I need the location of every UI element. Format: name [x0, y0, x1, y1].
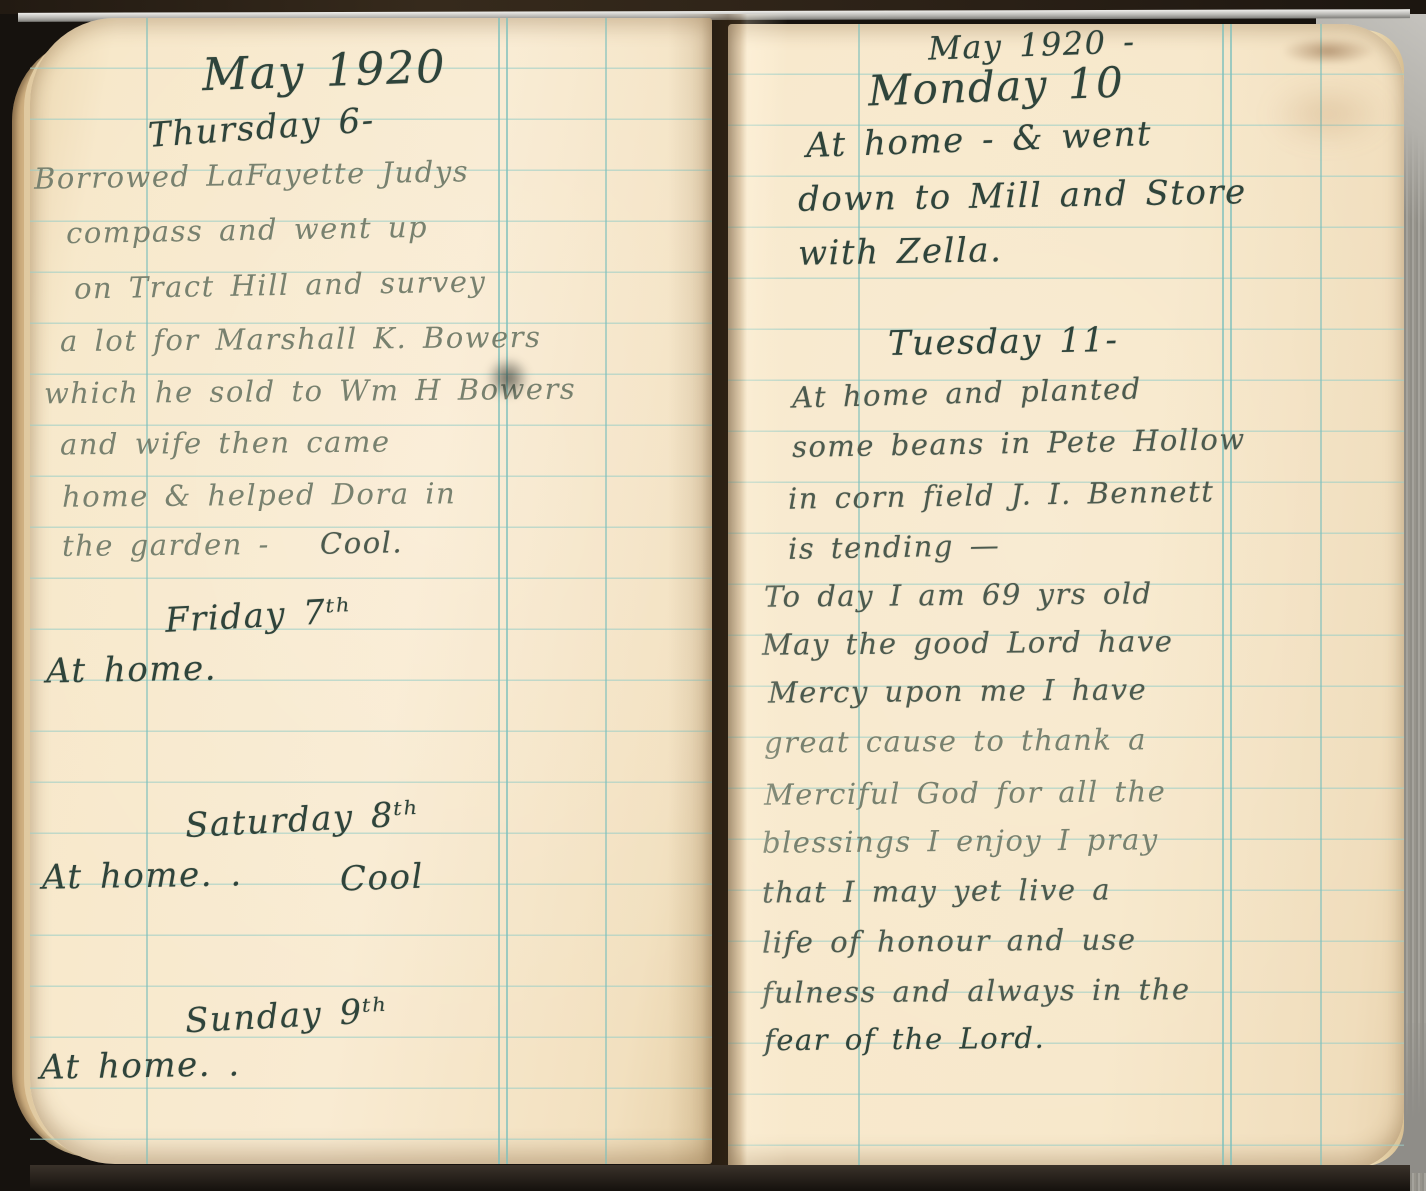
diary-line: fulness and always in the [762, 972, 1191, 1010]
diary-line: life of honour and use [762, 922, 1137, 959]
diary-line: At home and planted [792, 371, 1143, 414]
ruled-column-line [1320, 24, 1322, 1170]
diary-line: with Zella. [798, 230, 1003, 274]
diary-line: Cool. [320, 525, 404, 560]
month-header: May 1920 [201, 40, 447, 101]
diary-line: is tending — [788, 528, 1001, 566]
diary-line: Cool [339, 857, 424, 900]
diary-line: At home. . [42, 854, 243, 897]
day-header: Thursday 6- [147, 100, 376, 156]
day-header: Sunday 9ᵗʰ [184, 991, 390, 1042]
diary-line: a lot for Marshall K. Bowers [60, 320, 542, 358]
ink-smudge [1284, 38, 1372, 64]
diary-line: great cause to thank a [764, 722, 1147, 759]
diary-line: fear of the Lord. [764, 1021, 1046, 1057]
diary-line: At home. . [40, 1044, 241, 1087]
diary-line: May the good Lord have [762, 624, 1174, 662]
day-header: Tuesday 11- [888, 320, 1119, 364]
ruled-column-line [605, 18, 607, 1164]
diary-line: Mercy upon me I have [768, 672, 1148, 709]
paper-stain [1268, 84, 1388, 144]
day-header: Friday 7ᵗʰ [164, 591, 353, 641]
diary-scan: May 1920 Thursday 6- Borrowed LaFayette … [0, 0, 1426, 1191]
diary-line: which he sold to Wm H Bowers [44, 372, 577, 411]
left-page: May 1920 Thursday 6- Borrowed LaFayette … [30, 18, 712, 1164]
diary-line: some beans in Pete Hollow [792, 422, 1246, 464]
diary-line: To day I am 69 yrs old [764, 576, 1153, 613]
backdrop-bottom-band [30, 1165, 1410, 1191]
diary-line: that I may yet live a [762, 872, 1111, 909]
diary-line: home & helped Dora in [62, 476, 457, 513]
diary-line: At home. [46, 649, 218, 692]
diary-line: compass and went up [66, 210, 429, 250]
ruled-double-line-a [498, 18, 500, 1164]
day-header: Monday 10 [867, 58, 1125, 116]
diary-line: Merciful God for all the [764, 774, 1167, 812]
diary-line: in corn field J. I. Bennett [788, 474, 1215, 515]
diary-line: Borrowed LaFayette Judys [34, 154, 470, 196]
diary-line: blessings I enjoy I pray [762, 822, 1159, 859]
diary-line: down to Mill and Store [798, 172, 1247, 220]
diary-line: on Tract Hill and survey [74, 264, 487, 305]
right-page: May 1920 - Monday 10 At home - & went do… [728, 24, 1404, 1170]
diary-line: and wife then came [60, 425, 391, 462]
diary-line: the garden - [62, 527, 270, 563]
day-header: Saturday 8ᵗʰ [184, 794, 421, 846]
ruled-double-line-b [506, 18, 508, 1164]
